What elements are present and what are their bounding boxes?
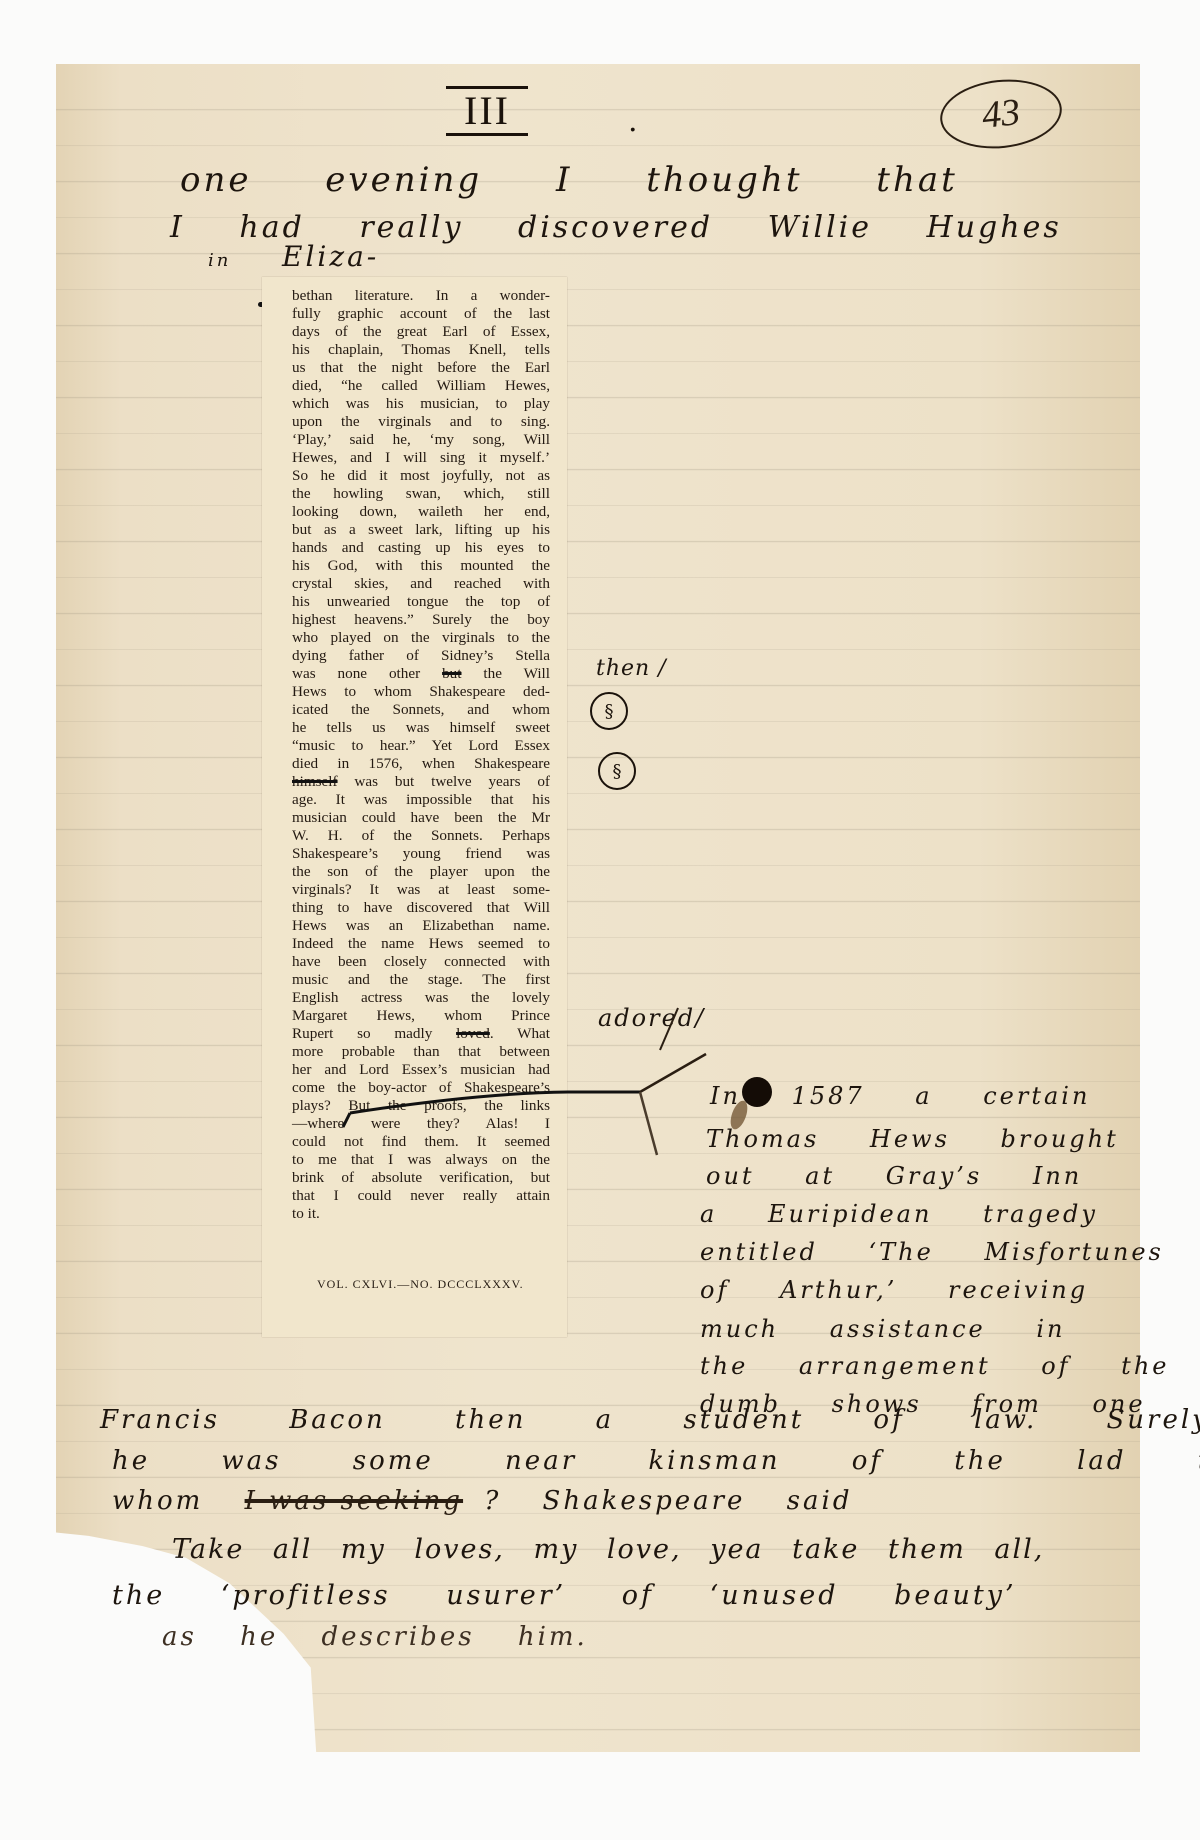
- clipping-line: her and Lord Essex’s musician had: [292, 1061, 550, 1079]
- handwritten-insert-line: In 1587 a certain: [710, 1082, 1090, 1110]
- clipping-line: —where were they? Alas! I: [292, 1115, 550, 1133]
- whom-word: whom: [112, 1486, 203, 1516]
- clipping-line: virginals? It was at least some-: [292, 881, 550, 899]
- clipping-line: Rupert so madly loved. What: [292, 1025, 550, 1043]
- clipping-line: more probable than that between: [292, 1043, 550, 1061]
- clipping-line: who played on the virginals to the: [292, 629, 550, 647]
- clipping-line: icated the Sonnets, and whom: [292, 701, 550, 719]
- clipping-line: died, “he called William Hewes,: [292, 377, 550, 395]
- handwritten-closing-line-3: whom I was seeking ? Shakespeare said: [112, 1486, 853, 1516]
- clipping-line: that I could never really attain: [292, 1187, 550, 1205]
- clipping-line: fully graphic account of the last: [292, 305, 550, 323]
- handwritten-eliza: Eliza-: [282, 240, 379, 273]
- shakespeare-said: ? Shakespeare said: [484, 1486, 852, 1516]
- clipping-line: upon the virginals and to sing.: [292, 413, 550, 431]
- handwritten-closing-line-2: he was some near kinsman of the lad to: [112, 1446, 1200, 1476]
- clipping-line: Shakespeare’s young friend was: [292, 845, 550, 863]
- clipping-text: bethan literature. In a wonder-fully gra…: [292, 287, 550, 1223]
- clipping-line: “music to hear.” Yet Lord Essex: [292, 737, 550, 755]
- clipping-line: could not find them. It seemed: [292, 1133, 550, 1151]
- handwritten-insert-line: Thomas Hews brought: [706, 1125, 1119, 1153]
- handwritten-closing-line-1: Francis Bacon then a student of law. Sur…: [100, 1405, 1200, 1435]
- clipping-footer: VOL. CXLVI.—NO. DCCCLXXXV.: [317, 1277, 524, 1292]
- struck-word: himself: [292, 773, 338, 790]
- clipping-line: come the boy-actor of Shakespeare’s: [292, 1079, 550, 1097]
- clipping-line: us that the night before the Earl: [292, 359, 550, 377]
- clipping-line: have been closely connected with: [292, 953, 550, 971]
- clipping-line: thing to have discovered that Will: [292, 899, 550, 917]
- clipping-line: which was his musician, to play: [292, 395, 550, 413]
- clipping-line: his chaplain, Thomas Knell, tells: [292, 341, 550, 359]
- margin-note-then: then /: [596, 656, 667, 681]
- clipping-line: died in 1576, when Shakespeare: [292, 755, 550, 773]
- clipping-line: hands and casting up his eyes to: [292, 539, 550, 557]
- margin-note-adored: adored/: [598, 1004, 705, 1032]
- clipping-line: highest heavens.” Surely the boy: [292, 611, 550, 629]
- handwritten-insert-line: out at Gray’s Inn: [706, 1162, 1082, 1190]
- clipping-line: but as a sweet lark, lifting up his: [292, 521, 550, 539]
- clipping-line: the son of the player upon the: [292, 863, 550, 881]
- clipping-line: plays? But the proofs, the links: [292, 1097, 550, 1115]
- clipping-line: Margaret Hews, whom Prince: [292, 1007, 550, 1025]
- clipping-line: the howling swan, which, still: [292, 485, 550, 503]
- clipping-line: his unwearied tongue the top of: [292, 593, 550, 611]
- clipping-line: music and the stage. The first: [292, 971, 550, 989]
- chapter-punctuation: .: [628, 104, 638, 139]
- clipping-line: to me that I was always on the: [292, 1151, 550, 1169]
- circle-mark-icon: §: [590, 692, 628, 730]
- clipping-line: W. H. of the Sonnets. Perhaps: [292, 827, 550, 845]
- clipping-line: Hewes, and I will sing it myself.’: [292, 449, 550, 467]
- clipping-line: himself was but twelve years of: [292, 773, 550, 791]
- printed-clipping: bethan literature. In a wonder-fully gra…: [262, 277, 567, 1337]
- clipping-line: to it.: [292, 1205, 550, 1223]
- clipping-line: dying father of Sidney’s Stella: [292, 647, 550, 665]
- clipping-line: ‘Play,’ said he, ‘my song, Will: [292, 431, 550, 449]
- handwritten-insert-in: in: [208, 250, 231, 271]
- handwritten-line-1: one evening I thought that: [180, 160, 958, 200]
- clipping-line: Hews was an Elizabethan name.: [292, 917, 550, 935]
- clipping-line: days of the great Earl of Essex,: [292, 323, 550, 341]
- handwritten-insert-line: entitled ‘The Misfortunes: [700, 1238, 1164, 1266]
- clipping-line: So he did it most joyfully, not as: [292, 467, 550, 485]
- clipping-line: bethan literature. In a wonder-: [292, 287, 550, 305]
- handwritten-insert-line: a Euripidean tragedy: [700, 1200, 1098, 1228]
- struck-phrase: I was seeking: [245, 1486, 463, 1516]
- handwritten-closing-line-6: as he describes him.: [162, 1622, 588, 1652]
- handwritten-insert-line: of Arthur,’ receiving: [700, 1276, 1088, 1304]
- chapter-numeral: III: [446, 86, 528, 136]
- clipping-line: brink of absolute verification, but: [292, 1169, 550, 1187]
- clipping-line: he tells us was himself sweet: [292, 719, 550, 737]
- handwritten-closing-line-5: the ‘profitless usurer’ of ‘unused beaut…: [112, 1580, 1017, 1611]
- clipping-line: age. It was impossible that his: [292, 791, 550, 809]
- sonnet-quote: Take all my loves, my love, yea take the…: [172, 1534, 1044, 1565]
- handwritten-insert-line: much assistance in: [700, 1315, 1066, 1343]
- clipping-line: looking down, waileth her end,: [292, 503, 550, 521]
- clipping-line: English actress was the lovely: [292, 989, 550, 1007]
- struck-word: but: [442, 665, 461, 682]
- clipping-line: was none other but the Will: [292, 665, 550, 683]
- clipping-line: Hews to whom Shakespeare ded-: [292, 683, 550, 701]
- clipping-line: crystal skies, and reached with: [292, 575, 550, 593]
- clipping-line: Indeed the name Hews seemed to: [292, 935, 550, 953]
- circle-mark-icon: §: [598, 752, 636, 790]
- clipping-line: musician could have been the Mr: [292, 809, 550, 827]
- handwritten-insert-line: the arrangement of the: [700, 1352, 1169, 1380]
- struck-word: loved: [456, 1025, 490, 1042]
- clipping-line: his God, with this mounted the: [292, 557, 550, 575]
